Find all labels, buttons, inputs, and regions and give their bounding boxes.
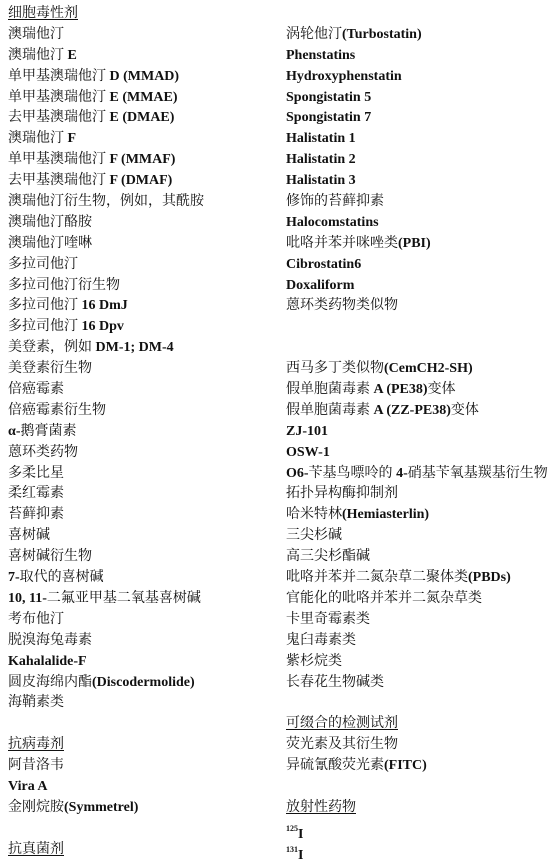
text-segment: 4- [396, 466, 408, 481]
list-item: 柔红霉素 [8, 484, 280, 505]
list-item: 假单胞菌毒素 A (PE38)变体 [286, 380, 558, 401]
list-item: ZJ-101 [286, 422, 558, 443]
list-item: 倍癌霉素衍生物 [8, 401, 280, 422]
list-item: 10, 11-二氟亚甲基二氧基喜树碱 [8, 589, 280, 610]
text-segment: 澳瑞他汀 [8, 48, 68, 63]
text-segment: Spongistatin 7 [286, 110, 371, 125]
text-segment: (Symmetrel) [64, 800, 138, 815]
text-segment: ZJ-101 [286, 424, 328, 439]
text-segment: 去甲基澳瑞他汀 [8, 173, 110, 188]
list-item: 倍癌霉素 [8, 380, 280, 401]
text-segment: 三尖杉碱 [286, 528, 342, 543]
blank-line [286, 693, 558, 714]
list-item: 官能化的吡咯并苯并二氮杂草类 [286, 589, 558, 610]
text-segment: 长春花生物碱类 [286, 675, 384, 690]
list-item: 考布他汀 [8, 610, 280, 631]
text-segment: OSW-1 [286, 445, 330, 460]
list-item: 哈米特林(Hemiasterlin) [286, 505, 558, 526]
list-item: 涡轮他汀(Turbostatin) [286, 25, 558, 46]
list-item: 苔藓抑素 [8, 505, 280, 526]
text-segment: 7- [8, 570, 20, 585]
text-segment: Kahalalide-F [8, 654, 87, 669]
text-segment: 卡里奇霉素类 [286, 612, 370, 627]
text-segment: 取代的喜树碱 [20, 570, 104, 585]
text-segment: A (ZZ-PE38) [374, 403, 451, 418]
list-item: 拓扑异构酶抑制剂 [286, 484, 558, 505]
list-item: 脱溴海兔毒素 [8, 631, 280, 652]
text-segment: 多拉司他汀 [8, 298, 82, 313]
text-segment: 异硫氰酸荧光素 [286, 758, 384, 773]
text-segment: 荧光素及其衍生物 [286, 737, 398, 752]
list-item: 鬼臼毒素类 [286, 631, 558, 652]
list-item: 澳瑞他汀喹啉 [8, 234, 280, 255]
text-segment: 修饰的苔藓抑素 [286, 194, 384, 209]
text-segment: (Discodermolide) [92, 675, 195, 690]
list-item: 131I [286, 840, 558, 861]
text-segment: Hydroxyphenstatin [286, 69, 402, 84]
text-segment: 喜树碱 [8, 528, 50, 543]
list-item: 美登素，例如 DM-1; DM-4 [8, 338, 280, 359]
text-segment: 柔红霉素 [8, 486, 64, 501]
list-item: Phenstatins [286, 46, 558, 67]
list-item: Halistatin 2 [286, 150, 558, 171]
text-segment: Cibrostatin6 [286, 257, 361, 272]
text-segment: Halistatin 1 [286, 131, 356, 146]
text-segment: 阿昔洛韦 [8, 758, 64, 773]
list-item: 多柔比星 [8, 464, 280, 485]
list-item: Vira A [8, 777, 280, 798]
list-item: 长春花生物碱类 [286, 673, 558, 694]
text-segment: E [68, 48, 77, 63]
text-segment: Halocomstatins [286, 215, 379, 230]
list-item: 金刚烷胺(Symmetrel) [8, 798, 280, 819]
list-item: 喜树碱 [8, 526, 280, 547]
text-segment: D (MMAD) [110, 69, 180, 84]
text-segment: 澳瑞他汀 [8, 27, 64, 42]
text-segment: 去甲基澳瑞他汀 [8, 110, 110, 125]
text-segment: 西马多丁类似物 [286, 361, 384, 376]
text-segment: DM-1; DM-4 [96, 340, 174, 355]
text-segment: 抗真菌剂 [8, 842, 64, 857]
text-segment: 假单胞菌毒素 [286, 382, 374, 397]
list-item: 阿昔洛韦 [8, 756, 280, 777]
text-segment: 脱溴海兔毒素 [8, 633, 92, 648]
text-segment: 紫杉烷类 [286, 654, 342, 669]
list-item: 假单胞菌毒素 A (ZZ-PE38)变体 [286, 401, 558, 422]
blank-line [286, 4, 558, 25]
text-segment: Phenstatins [286, 48, 355, 63]
text-segment: E (MMAE) [110, 90, 178, 105]
text-segment: 多拉司他汀 [8, 319, 82, 334]
list-item: 多拉司他汀 [8, 255, 280, 276]
text-segment: 多拉司他汀 [8, 257, 78, 272]
text-segment: 可缀合的检测试剂 [286, 716, 398, 731]
right-column: 涡轮他汀(Turbostatin)PhenstatinsHydroxyphens… [286, 4, 558, 861]
text-segment: F (DMAF) [110, 173, 173, 188]
text-segment: 假单胞菌毒素 [286, 403, 374, 418]
text-segment: 蒽环类药物类似物 [286, 298, 398, 313]
list-item: Halocomstatins [286, 213, 558, 234]
list-item: Cibrostatin6 [286, 255, 558, 276]
blank-line [8, 714, 280, 735]
text-segment: 单甲基澳瑞他汀 [8, 152, 110, 167]
list-item: 单甲基澳瑞他汀 E (MMAE) [8, 88, 280, 109]
left-column: 细胞毒性剂澳瑞他汀澳瑞他汀 E单甲基澳瑞他汀 D (MMAD)单甲基澳瑞他汀 E… [8, 4, 280, 861]
superscript-text: 125 [286, 824, 298, 833]
text-segment: 吡咯并苯并咪唑类 [286, 236, 398, 251]
text-segment: 喜树碱衍生物 [8, 549, 92, 564]
text-segment: (Hemiasterlin) [342, 507, 429, 522]
list-item: 多拉司他汀 16 Dpv [8, 317, 280, 338]
list-item: 单甲基澳瑞他汀 D (MMAD) [8, 67, 280, 88]
text-segment: 金刚烷胺 [8, 800, 64, 815]
text-segment: 官能化的吡咯并苯并二氮杂草类 [286, 591, 482, 606]
text-segment: 澳瑞他汀喹啉 [8, 236, 92, 251]
text-segment: 16 Dpv [82, 319, 124, 334]
text-segment: 苔藓抑素 [8, 507, 64, 522]
text-segment: O6- [286, 466, 309, 481]
list-item: 三尖杉碱 [286, 526, 558, 547]
text-segment: Spongistatin 5 [286, 90, 371, 105]
text-segment: A (PE38) [374, 382, 428, 397]
text-segment: F [68, 131, 77, 146]
list-item: 喜树碱衍生物 [8, 547, 280, 568]
text-segment: 倍癌霉素 [8, 382, 64, 397]
list-item: 卡里奇霉素类 [286, 610, 558, 631]
list-item: Doxaliform [286, 276, 558, 297]
list-item: 澳瑞他汀 E [8, 46, 280, 67]
list-item: 吡咯并苯并二氮杂草二聚体类(PBDs) [286, 568, 558, 589]
list-item: 125I [286, 819, 558, 840]
text-segment: 澳瑞他汀酪胺 [8, 215, 92, 230]
list-item: 美登素衍生物 [8, 359, 280, 380]
list-item: Hydroxyphenstatin [286, 67, 558, 88]
section-heading: 细胞毒性剂 [8, 4, 280, 25]
text-segment: 多柔比星 [8, 466, 64, 481]
text-segment: 考布他汀 [8, 612, 64, 627]
blank-line [8, 819, 280, 840]
blank-line [286, 777, 558, 798]
text-segment: 多拉司他汀衍生物 [8, 278, 120, 293]
text-segment: 美登素，例如 [8, 340, 96, 355]
list-item: Kahalalide-F [8, 652, 280, 673]
text-segment: (Turbostatin) [342, 27, 422, 42]
list-item: 高三尖杉酯碱 [286, 547, 558, 568]
text-segment: (PBDs) [468, 570, 511, 585]
text-segment: 二氟亚甲基二氧基喜树碱 [47, 591, 201, 606]
list-item: 去甲基澳瑞他汀 F (DMAF) [8, 171, 280, 192]
list-item: 多拉司他汀衍生物 [8, 276, 280, 297]
text-segment: F (MMAF) [110, 152, 176, 167]
list-item: 7-取代的喜树碱 [8, 568, 280, 589]
list-item: OSW-1 [286, 443, 558, 464]
text-segment: 16 DmJ [82, 298, 128, 313]
text-segment: 硝基苄氧基羰基衍生物 [408, 466, 548, 481]
text-segment: 苄基鸟嘌呤的 [309, 466, 397, 481]
text-segment: 变体 [451, 403, 479, 418]
text-segment: Halistatin 3 [286, 173, 356, 188]
text-segment: 涡轮他汀 [286, 27, 342, 42]
text-segment: 鹅膏菌素 [20, 424, 76, 439]
list-item: O6-苄基鸟嘌呤的 4-硝基苄氧基羰基衍生物 [286, 464, 558, 485]
list-item: 圆皮海绵内酯(Discodermolide) [8, 673, 280, 694]
text-segment: (CemCH2-SH) [384, 361, 473, 376]
section-heading: 抗真菌剂 [8, 840, 280, 861]
list-item: 去甲基澳瑞他汀 E (DMAE) [8, 108, 280, 129]
list-item: 蒽环类药物类似物 [286, 296, 558, 317]
list-item: 多拉司他汀 16 DmJ [8, 296, 280, 317]
text-segment: 抗病毒剂 [8, 737, 64, 752]
list-item: 紫杉烷类 [286, 652, 558, 673]
section-heading: 可缀合的检测试剂 [286, 714, 558, 735]
text-segment: 拓扑异构酶抑制剂 [286, 486, 398, 501]
text-segment: (PBI) [398, 236, 431, 251]
text-segment: α- [8, 424, 20, 439]
text-segment: 哈米特林 [286, 507, 342, 522]
text-segment: 美登素衍生物 [8, 361, 92, 376]
list-item: 吡咯并苯并咪唑类(PBI) [286, 234, 558, 255]
list-item: 修饰的苔藓抑素 [286, 192, 558, 213]
list-item: 海鞘素类 [8, 693, 280, 714]
list-item: 西马多丁类似物(CemCH2-SH) [286, 359, 558, 380]
superscript-text: 131 [286, 845, 298, 854]
text-segment: 海鞘素类 [8, 695, 64, 710]
list-item: Halistatin 1 [286, 129, 558, 150]
text-segment: 澳瑞他汀衍生物，例如，其酰胺 [8, 194, 204, 209]
list-item: Spongistatin 5 [286, 88, 558, 109]
list-item: 澳瑞他汀衍生物，例如，其酰胺 [8, 192, 280, 213]
text-segment: 鬼臼毒素类 [286, 633, 356, 648]
text-segment: (FITC) [384, 758, 427, 773]
list-item: Spongistatin 7 [286, 108, 558, 129]
section-heading: 抗病毒剂 [8, 735, 280, 756]
text-segment: 10, 11- [8, 591, 47, 606]
list-item: 蒽环类药物 [8, 443, 280, 464]
list-item: 澳瑞他汀酪胺 [8, 213, 280, 234]
list-item: α-鹅膏菌素 [8, 422, 280, 443]
section-heading: 放射性药物 [286, 798, 558, 819]
list-item: 异硫氰酸荧光素(FITC) [286, 756, 558, 777]
list-item: 澳瑞他汀 [8, 25, 280, 46]
text-segment: 单甲基澳瑞他汀 [8, 69, 110, 84]
text-segment: 细胞毒性剂 [8, 6, 78, 21]
text-segment: Doxaliform [286, 278, 354, 293]
text-segment: 变体 [428, 382, 456, 397]
list-item: 荧光素及其衍生物 [286, 735, 558, 756]
text-segment: 单甲基澳瑞他汀 [8, 90, 110, 105]
text-segment: Halistatin 2 [286, 152, 356, 167]
list-item: 澳瑞他汀 F [8, 129, 280, 150]
text-segment: 圆皮海绵内酯 [8, 675, 92, 690]
text-segment: 倍癌霉素衍生物 [8, 403, 106, 418]
text-segment: 澳瑞他汀 [8, 131, 68, 146]
text-segment: E (DMAE) [110, 110, 175, 125]
list-item: 单甲基澳瑞他汀 F (MMAF) [8, 150, 280, 171]
blank-line [286, 338, 558, 359]
text-segment: Vira A [8, 779, 48, 794]
text-segment: 放射性药物 [286, 800, 356, 815]
text-segment: 高三尖杉酯碱 [286, 549, 370, 564]
text-segment: 吡咯并苯并二氮杂草二聚体类 [286, 570, 468, 585]
list-item: Halistatin 3 [286, 171, 558, 192]
text-segment: 蒽环类药物 [8, 445, 78, 460]
blank-line [286, 317, 558, 338]
text-segment: I [298, 848, 303, 863]
